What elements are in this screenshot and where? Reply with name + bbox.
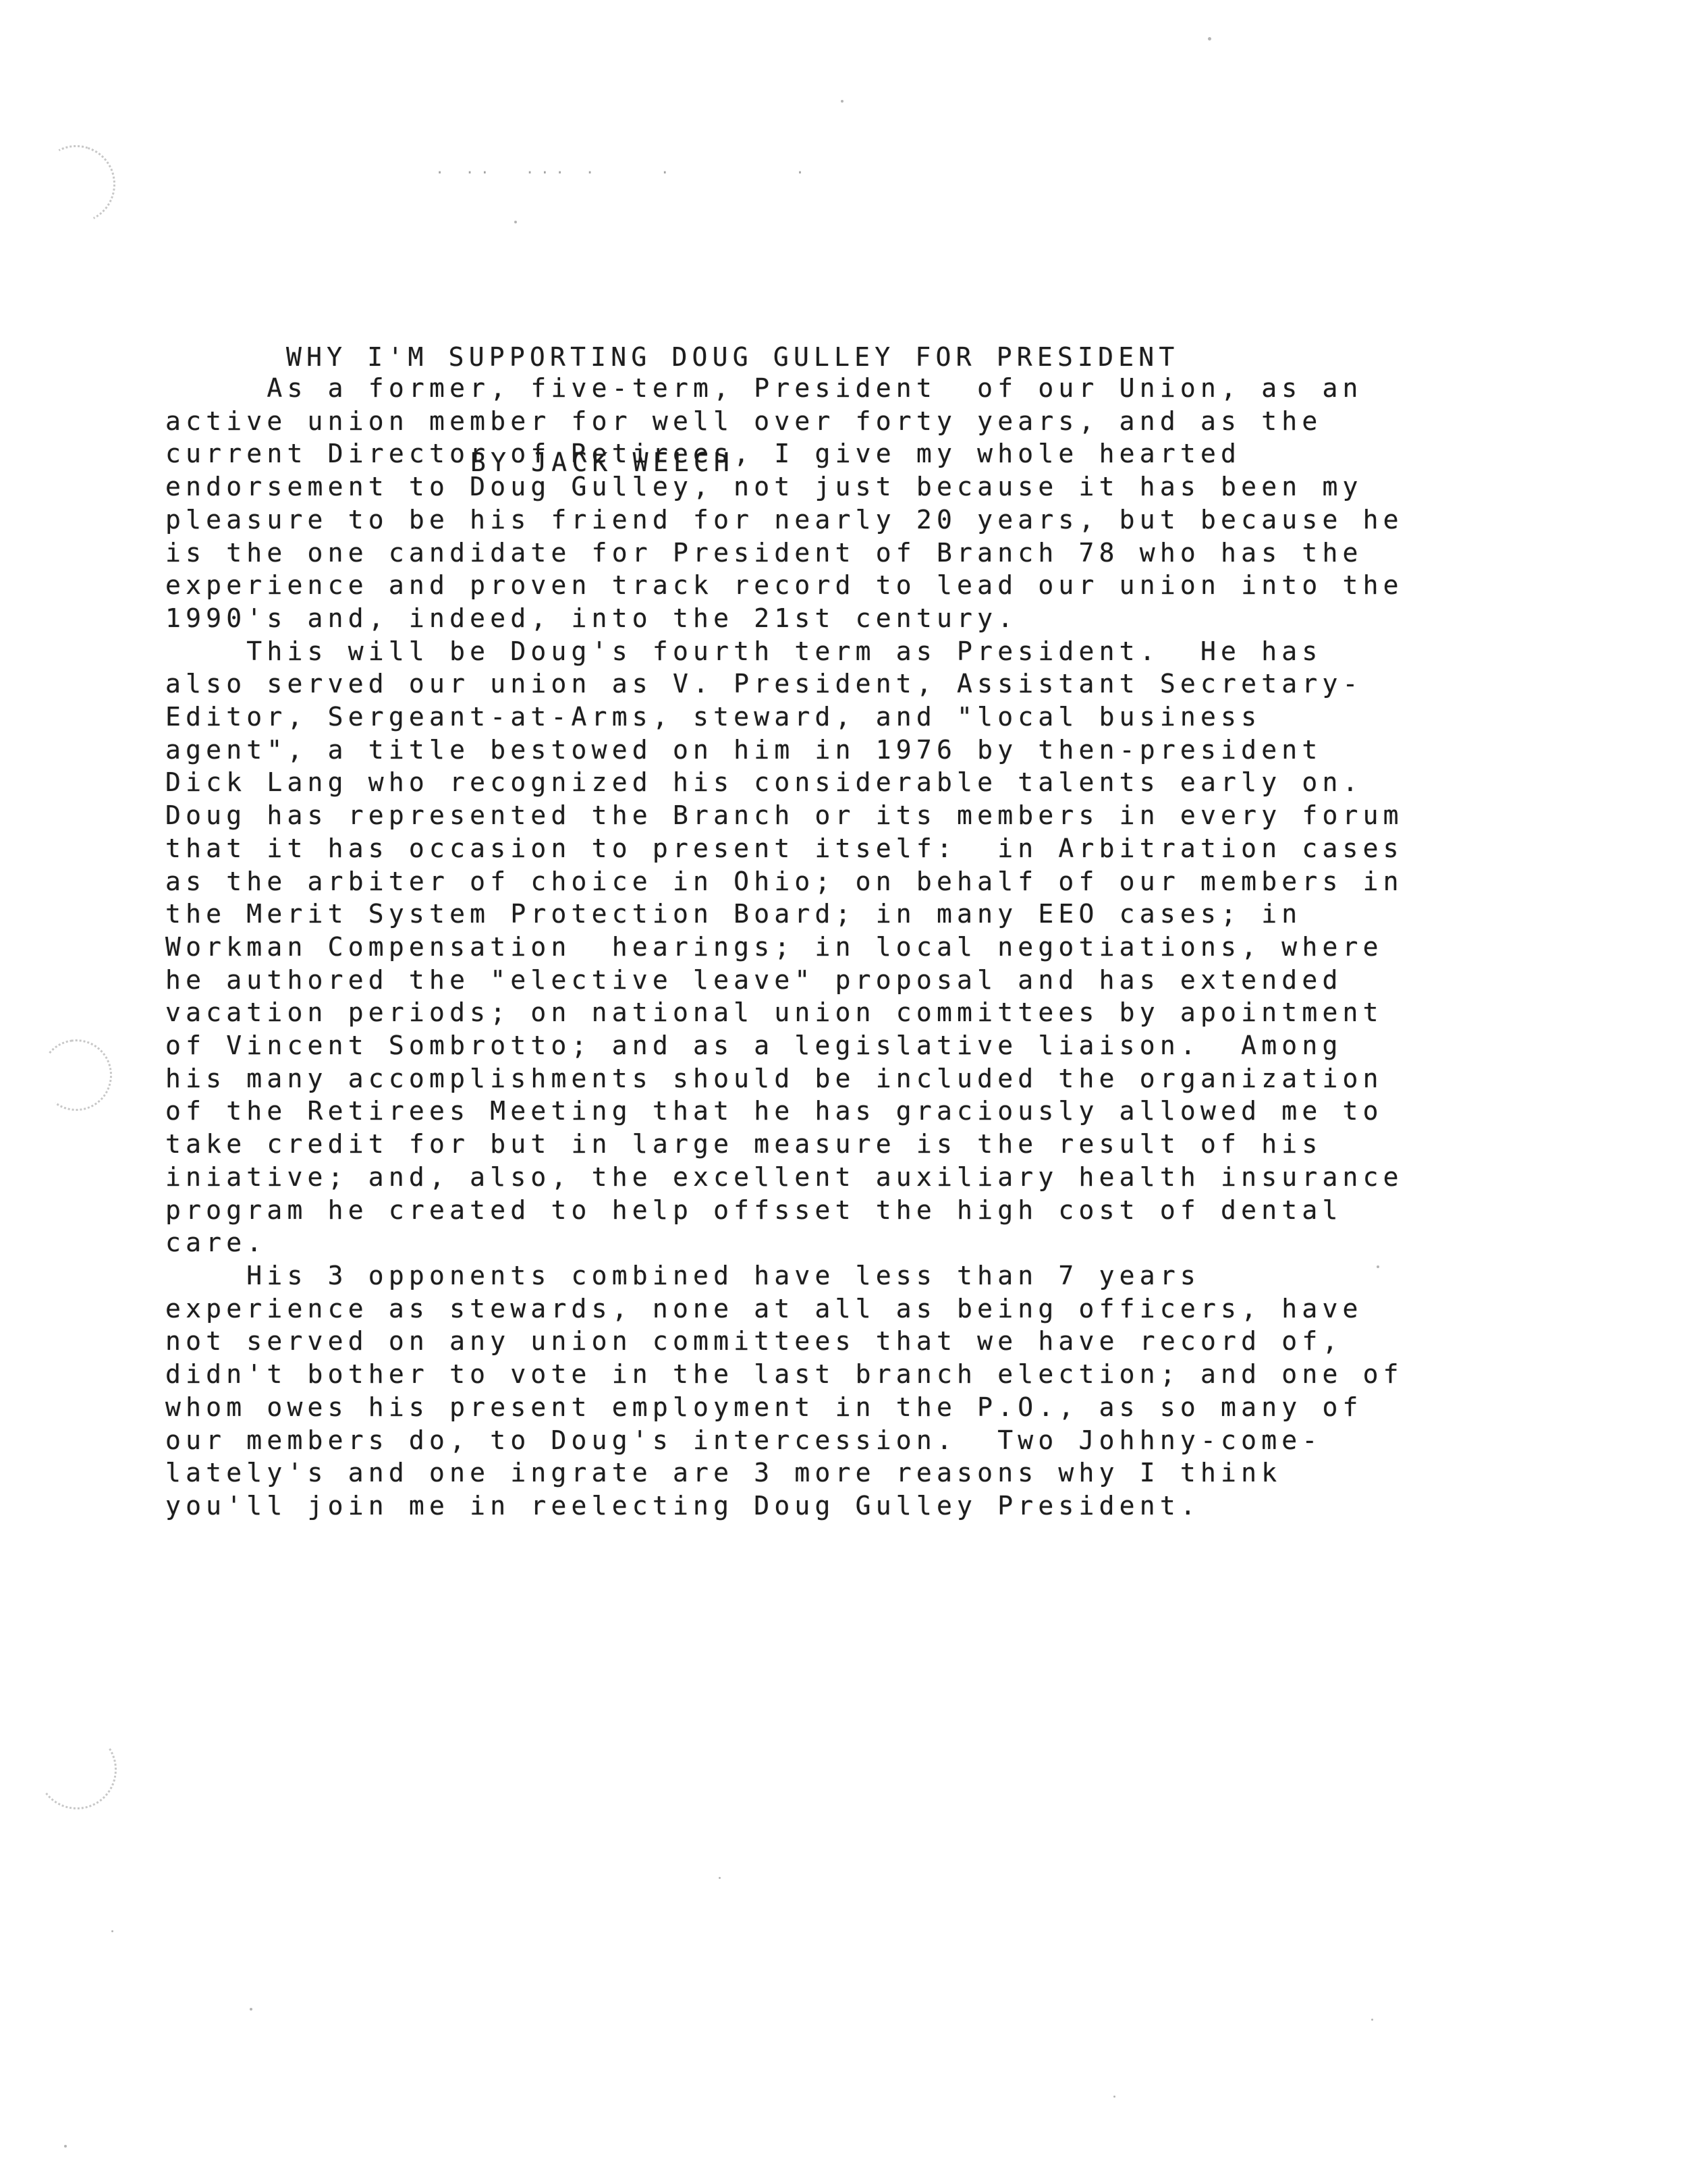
- scan-speck: [1371, 2019, 1373, 2021]
- scanned-document-page: . .. ... . . . WHY I'M SUPPORTING DOUG G…: [0, 0, 1687, 2184]
- scan-speck: [719, 1877, 721, 1879]
- scan-speck: [1113, 2096, 1115, 2098]
- hole-punch-ghost-middle: [36, 1035, 117, 1116]
- scan-speck: [64, 2145, 67, 2148]
- scan-speck: [841, 100, 843, 103]
- scan-speckle-row: . .. ... . . .: [435, 161, 810, 178]
- scan-speck: [111, 1930, 113, 1932]
- scan-speck: [1208, 37, 1211, 40]
- document-title: WHY I'M SUPPORTING DOUG GULLEY FOR PRESI…: [286, 339, 1179, 375]
- document-body: As a former, five-term, President of our…: [165, 372, 1404, 1523]
- scan-speck: [250, 2008, 252, 2011]
- hole-punch-ghost-bottom: [31, 1724, 123, 1816]
- scan-speck: [514, 221, 517, 223]
- hole-punch-ghost-top: [27, 135, 126, 234]
